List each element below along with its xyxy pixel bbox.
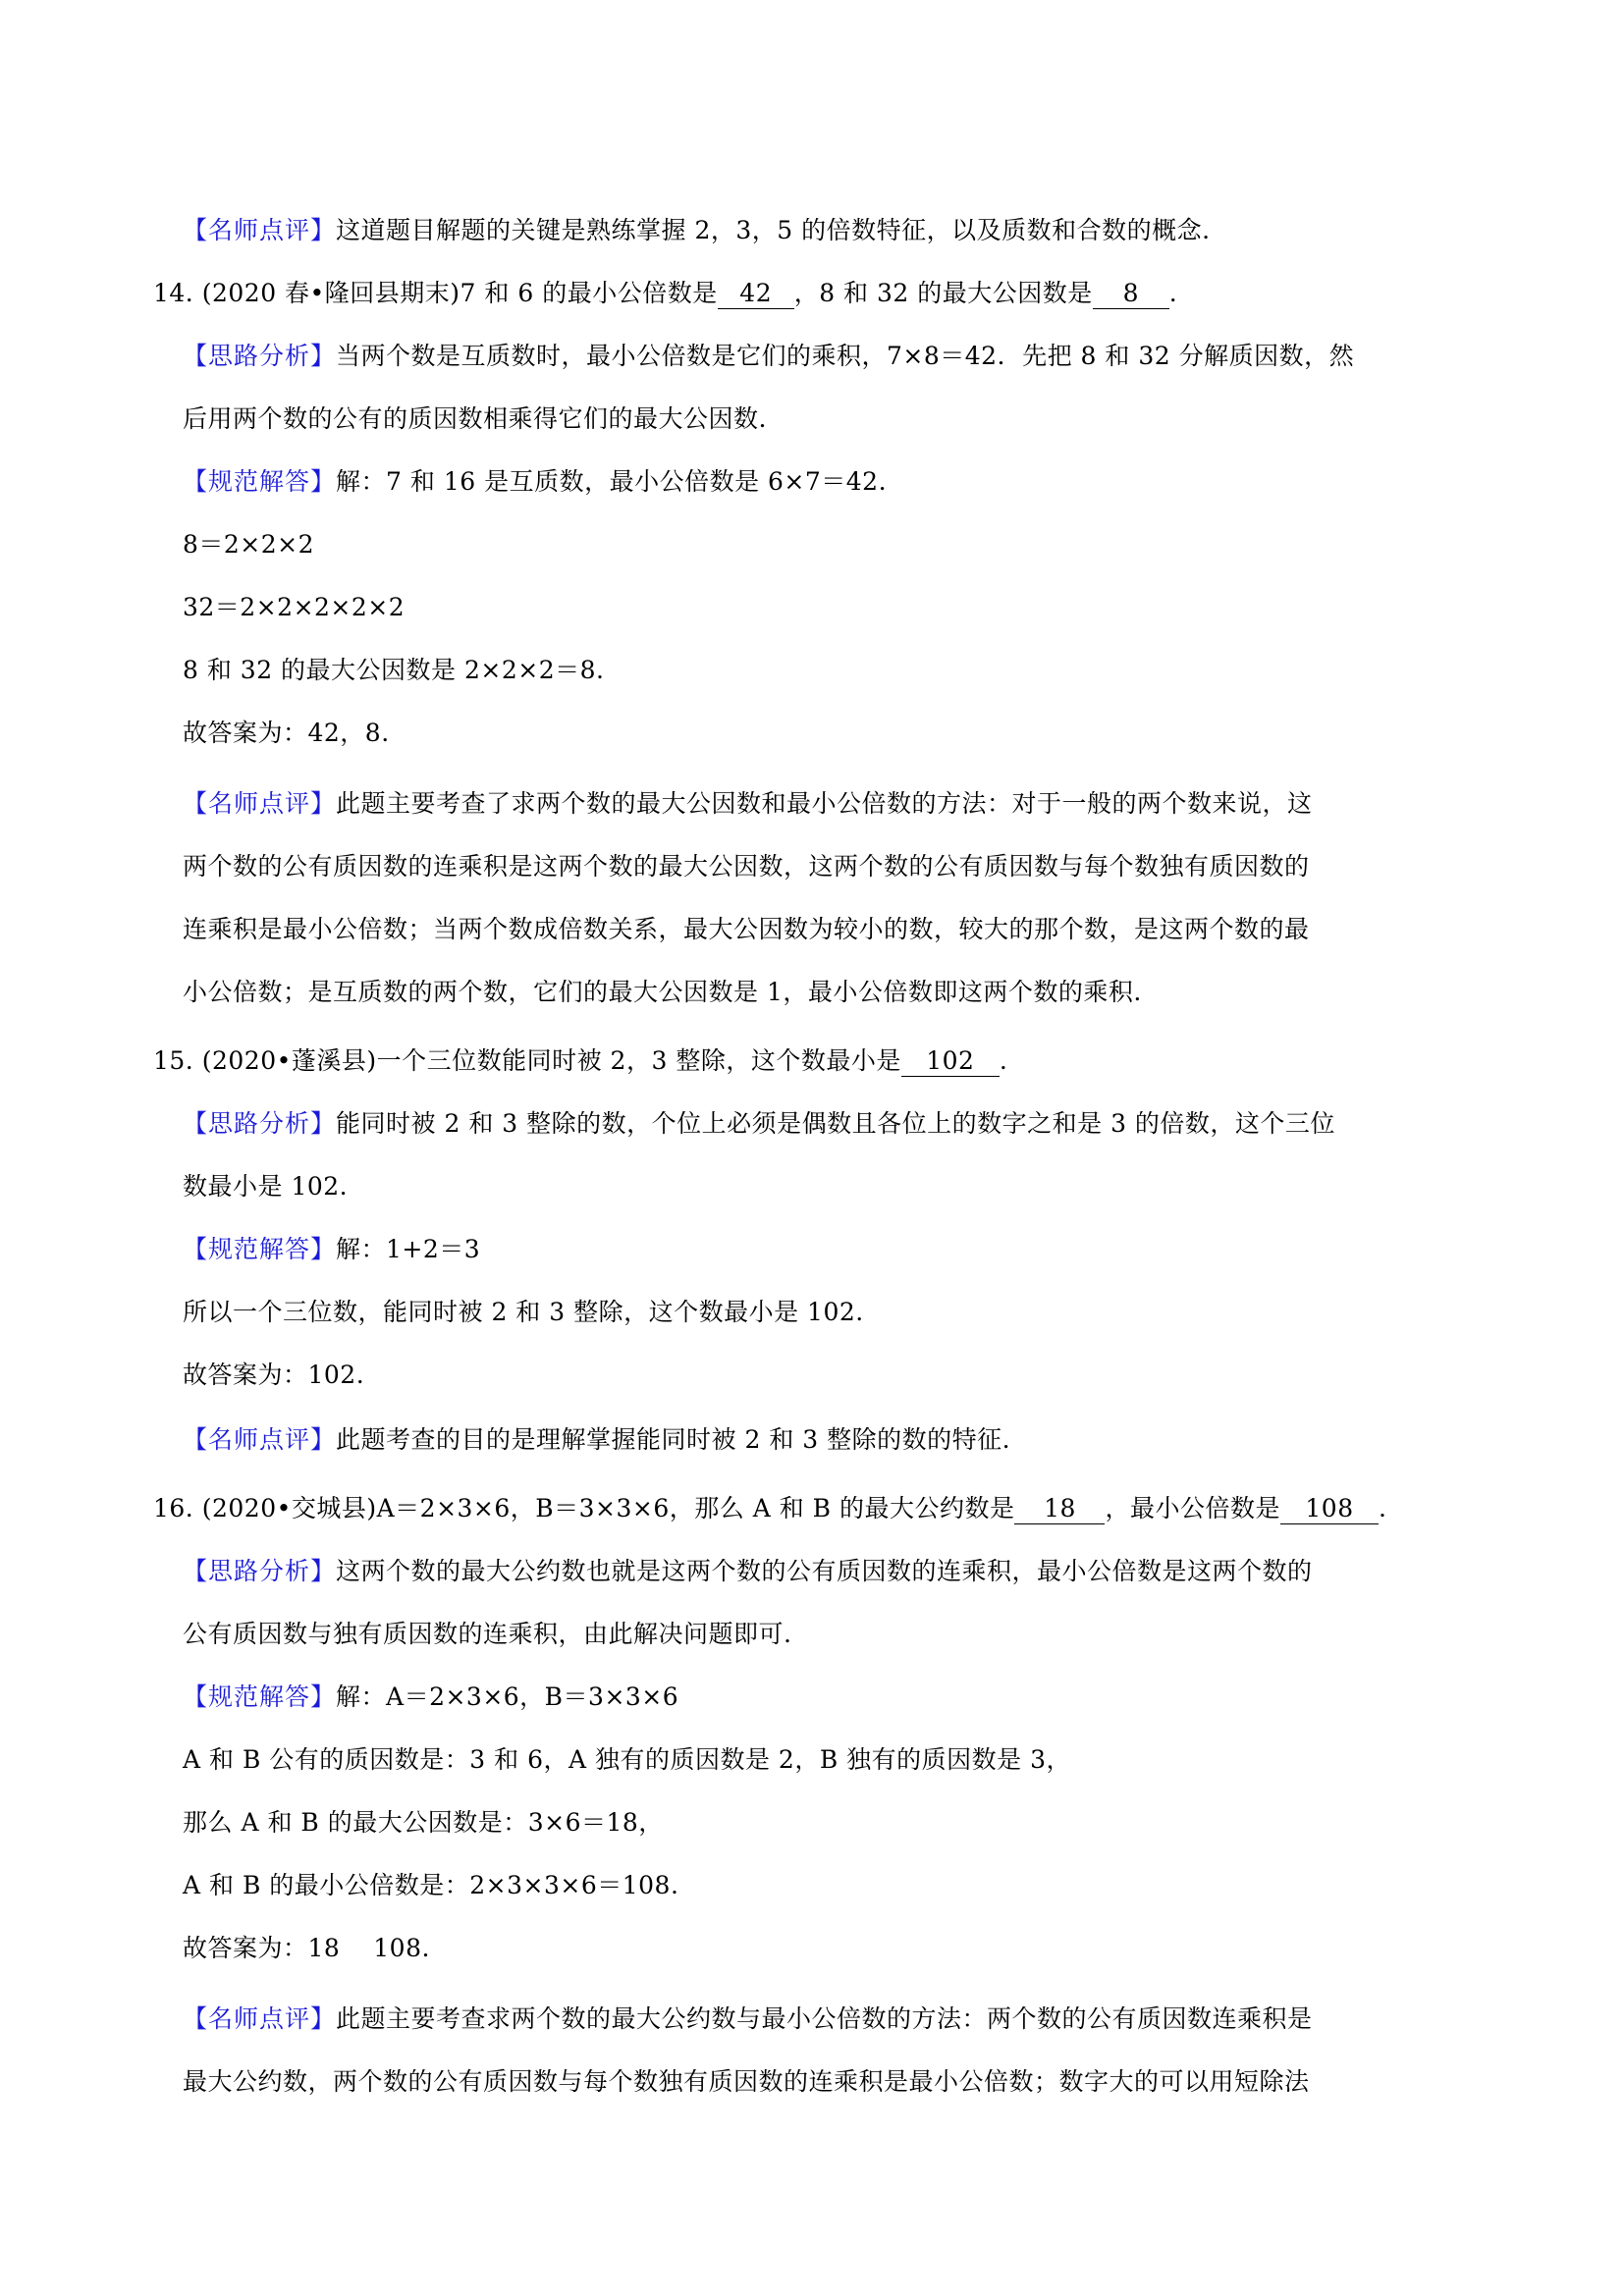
q15-answer-line: 所以一个三位数，能同时被 2 和 3 整除，这个数最小是 102. xyxy=(183,1296,864,1329)
question-source: (2020•交城县) xyxy=(202,1494,377,1522)
answer-blank: 102 xyxy=(901,1046,1000,1077)
answer-blank: 8 xyxy=(1093,279,1169,309)
comment-tag: 【名师点评】 xyxy=(183,1425,336,1454)
q14-analysis-line: 【思路分析】当两个数是互质数时，最小公倍数是它们的乘积，7×8＝42．先把 8 … xyxy=(183,340,1354,373)
q16-analysis-line: 公有质因数与独有质因数的连乘积，由此解决问题即可. xyxy=(183,1618,791,1651)
q14-comment-line: 连乘积是最小公倍数；当两个数成倍数关系，最大公因数为较小的数，较大的那个数，是这… xyxy=(183,913,1310,946)
q16-final-answer: 故答案为：18 108. xyxy=(183,1932,430,1965)
q16-comment-line: 最大公约数，两个数的公有质因数与每个数独有质因数的连乘积是最小公倍数；数字大的可… xyxy=(183,2065,1310,2099)
analysis-tag: 【思路分析】 xyxy=(183,342,336,370)
question-16-stem: 16. (2020•交城县)A＝2×3×6，B＝3×3×6，那么 A 和 B 的… xyxy=(153,1492,1386,1525)
q16-comment-line: 【名师点评】此题主要考查求两个数的最大公约数与最小公倍数的方法：两个数的公有质因… xyxy=(183,2002,1313,2036)
analysis-tag: 【思路分析】 xyxy=(183,1557,336,1585)
q16-answer-line: A 和 B 的最小公倍数是：2×3×3×6＝108. xyxy=(183,1869,678,1902)
q15-final-answer: 故答案为：102. xyxy=(183,1359,364,1392)
comment-tag: 【名师点评】 xyxy=(183,216,336,244)
comment-tag: 【名师点评】 xyxy=(183,2004,336,2033)
q16-analysis-line: 【思路分析】这两个数的最大公约数也就是这两个数的公有质因数的连乘积，最小公倍数是… xyxy=(183,1555,1313,1588)
q14-answer-line: 32＝2×2×2×2×2 xyxy=(183,591,405,624)
question-number: 15. xyxy=(153,1046,193,1075)
question-source: (2020•蓬溪县) xyxy=(202,1046,377,1075)
analysis-tag: 【思路分析】 xyxy=(183,1109,336,1138)
q14-comment-line: 小公倍数；是互质数的两个数，它们的最大公因数是 1，最小公倍数即这两个数的乘积. xyxy=(183,976,1142,1009)
answer-tag: 【规范解答】 xyxy=(183,467,336,496)
q14-answer-line: 8 和 32 的最大公因数是 2×2×2＝8. xyxy=(183,654,604,687)
answer-blank: 108 xyxy=(1280,1494,1379,1524)
q15-answer-line: 【规范解答】解：1+2＝3 xyxy=(183,1233,480,1266)
question-14-stem: 14. (2020 春•隆回县期末)7 和 6 的最小公倍数是42，8 和 32… xyxy=(153,277,1177,310)
answer-blank: 42 xyxy=(718,279,794,309)
q14-answer-line: 【规范解答】解：7 和 16 是互质数，最小公倍数是 6×7＝42. xyxy=(183,465,887,499)
q14-comment-line: 两个数的公有质因数的连乘积是这两个数的最大公因数，这两个数的公有质因数与每个数独… xyxy=(183,850,1310,883)
answer-tag: 【规范解答】 xyxy=(183,1235,336,1263)
prev-comment: 【名师点评】这道题目解题的关键是熟练掌握 2，3，5 的倍数特征，以及质数和合数… xyxy=(183,214,1211,247)
answer-blank: 18 xyxy=(1014,1494,1105,1524)
question-number: 16. xyxy=(153,1494,193,1522)
q16-answer-line: 那么 A 和 B 的最大公因数是：3×6＝18， xyxy=(183,1806,664,1840)
q16-answer-line: 【规范解答】解：A＝2×3×6，B＝3×3×6 xyxy=(183,1681,678,1714)
q15-analysis-line: 【思路分析】能同时被 2 和 3 整除的数，个位上必须是偶数且各位上的数字之和是… xyxy=(183,1107,1335,1141)
q15-analysis-line: 数最小是 102. xyxy=(183,1170,348,1203)
q14-comment-line: 【名师点评】此题主要考查了求两个数的最大公因数和最小公倍数的方法：对于一般的两个… xyxy=(183,787,1313,821)
question-15-stem: 15. (2020•蓬溪县)一个三位数能同时被 2，3 整除，这个数最小是102… xyxy=(153,1044,1007,1078)
q14-answer-line: 8＝2×2×2 xyxy=(183,528,314,561)
comment-text: 这道题目解题的关键是熟练掌握 2，3，5 的倍数特征，以及质数和合数的概念. xyxy=(336,216,1211,244)
q16-answer-line: A 和 B 公有的质因数是：3 和 6，A 独有的质因数是 2，B 独有的质因数… xyxy=(183,1743,1071,1777)
comment-tag: 【名师点评】 xyxy=(183,789,336,818)
q14-analysis-line: 后用两个数的公有的质因数相乘得它们的最大公因数. xyxy=(183,402,767,436)
answer-tag: 【规范解答】 xyxy=(183,1682,336,1711)
question-number: 14. xyxy=(153,279,193,307)
q15-comment-line: 【名师点评】此题考查的目的是理解掌握能同时被 2 和 3 整除的数的特征. xyxy=(183,1423,1010,1457)
document-page: 【名师点评】这道题目解题的关键是熟练掌握 2，3，5 的倍数特征，以及质数和合数… xyxy=(0,0,1624,2296)
q14-final-answer: 故答案为：42，8. xyxy=(183,717,390,750)
question-source: (2020 春•隆回县期末) xyxy=(202,279,460,307)
